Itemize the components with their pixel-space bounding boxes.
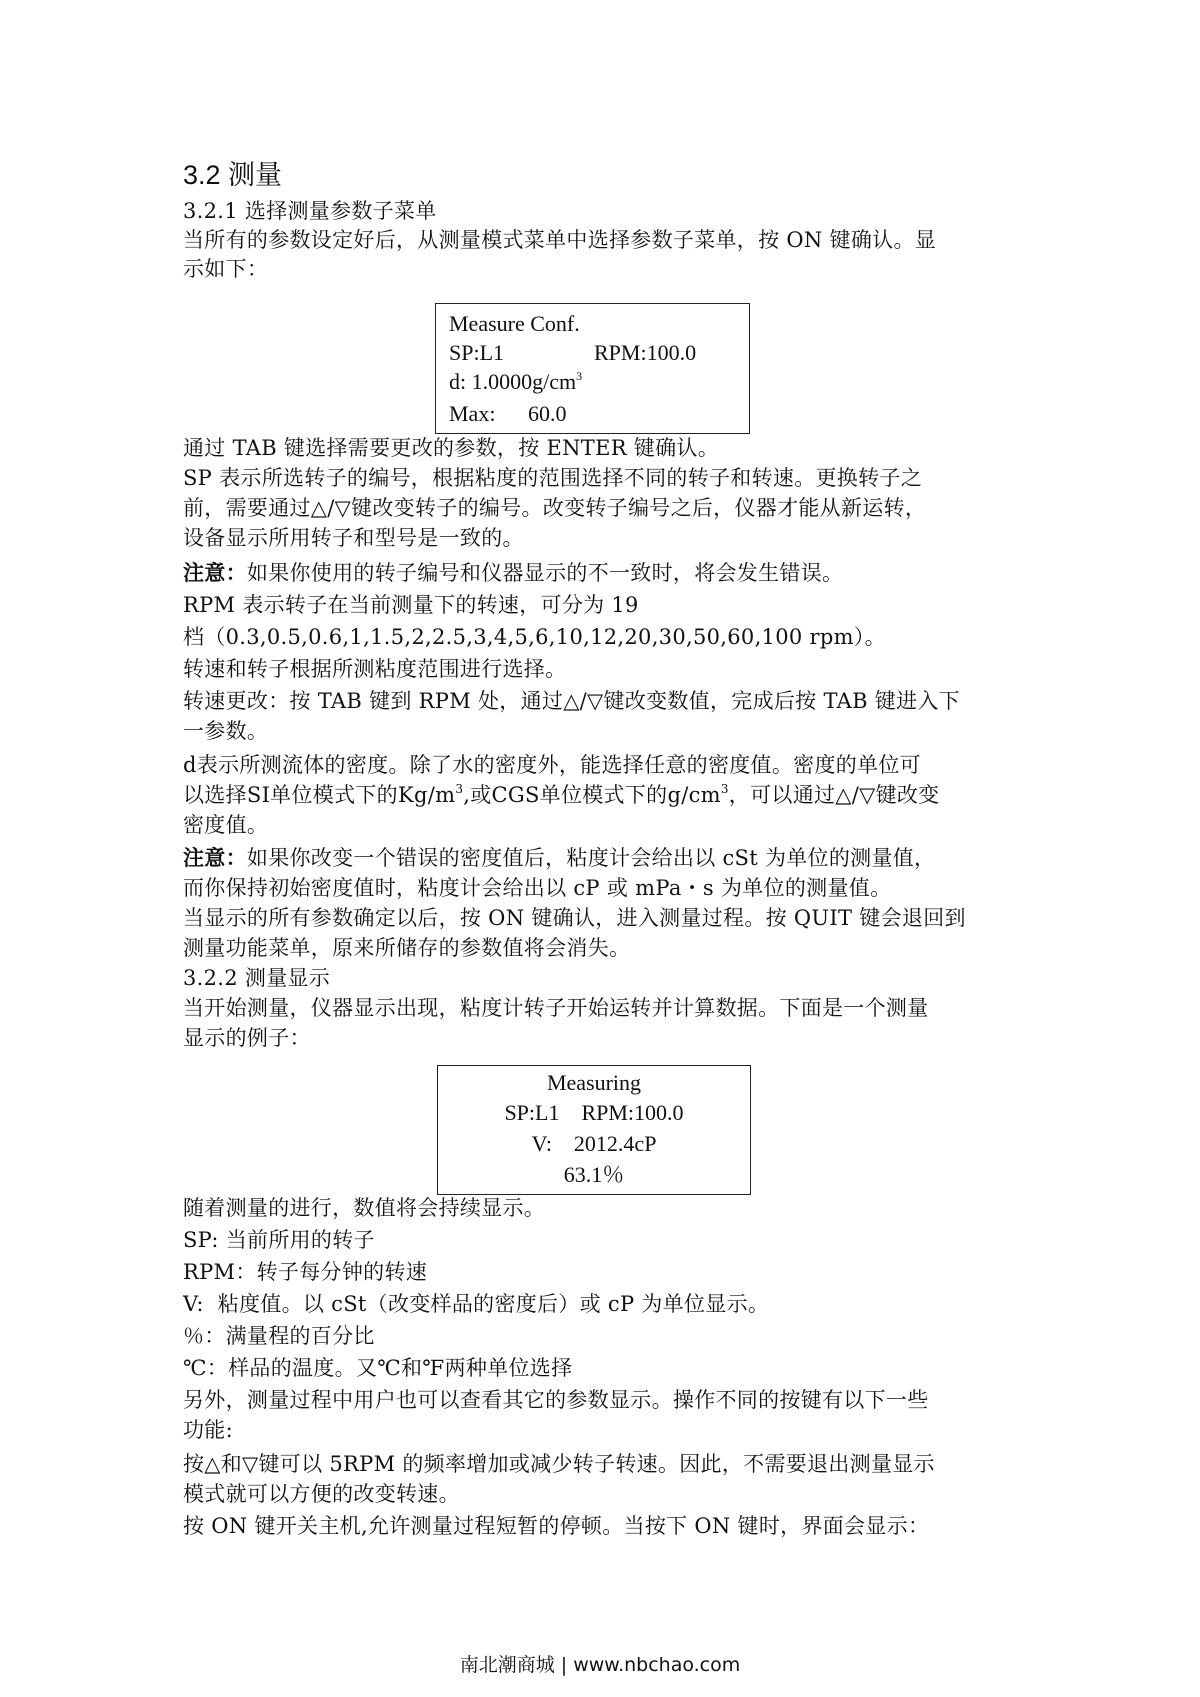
paragraph-line: 另外，测量过程中用户也可以查看其它的参数显示。操作不同的按键有以下一些: [183, 1385, 929, 1415]
paragraph-line: 测量功能菜单，原来所储存的参数值将会消失。: [183, 933, 630, 963]
paragraph-line: RPM 表示转子在当前测量下的转速，可分为 19: [183, 590, 639, 620]
lcd-viscosity: V: 2012.4cP: [438, 1129, 750, 1159]
paragraph-line: 当所有的参数设定好后，从测量模式菜单中选择参数子菜单，按 ON 键确认。显: [183, 225, 936, 255]
lcd-max-value: 60.0: [528, 399, 567, 429]
lcd-display-measure-conf: Measure Conf. SP:L1 RPM:100.0 d: 1.0000g…: [435, 303, 750, 434]
note-line: 注意：如果你使用的转子编号和仪器显示的不一致时，将会发生错误。: [183, 558, 843, 588]
lcd-display-measuring: Measuring SP:L1 RPM:100.0 V: 2012.4cP 63…: [437, 1065, 751, 1195]
note-label: 注意：: [183, 560, 247, 585]
paragraph-line: 显示的例子：: [183, 1023, 311, 1053]
paragraph-line: SP 表示所选转子的编号，根据粘度的范围选择不同的转子和转速。更换转子之: [183, 463, 922, 493]
definition-temperature: ℃：样品的温度。又℃和℉两种单位选择: [183, 1353, 572, 1383]
paragraph-line: 前，需要通过△/▽键改变转子的编号。改变转子编号之后，仪器才能从新运转，: [183, 493, 926, 523]
paragraph-line: 按△和▽键可以 5RPM 的频率增加或减少转子转速。因此，不需要退出测量显示: [183, 1449, 935, 1479]
definition-percent: ％：满量程的百分比: [183, 1321, 375, 1351]
paragraph-line: 通过 TAB 键选择需要更改的参数，按 ENTER 键确认。: [183, 433, 719, 463]
lcd-sp: SP:L1: [449, 338, 504, 368]
lcd-density: d: 1.0000g/cm3: [449, 367, 582, 397]
lcd-sp-rpm: SP:L1 RPM:100.0: [438, 1098, 750, 1128]
lcd-max-label: Max:: [449, 399, 495, 429]
lcd-title: Measuring: [438, 1068, 750, 1098]
section-title: 3.2 测量: [183, 158, 282, 192]
paragraph-line: 当显示的所有参数确定以后，按 ON 键确认，进入测量过程。按 QUIT 键会退回…: [183, 903, 966, 933]
density-units-line: 以选择SI单位模式下的Kg/m3,或CGS单位模式下的g/cm3，可以通过△/▽…: [183, 780, 939, 810]
paragraph-line: 转速和转子根据所测粘度范围进行选择。: [183, 654, 566, 684]
lcd-title: Measure Conf.: [449, 309, 580, 339]
paragraph-line: 模式就可以方便的改变转速。: [183, 1479, 460, 1509]
note-text: 如果你改变一个错误的密度值后，粘度计会给出以 cSt 为单位的测量值，: [247, 846, 935, 870]
definition-sp: SP: 当前所用的转子: [183, 1225, 375, 1255]
paragraph-line: 而你保持初始密度值时，粘度计会给出以 cP 或 mPa・s 为单位的测量值。: [183, 873, 891, 903]
paragraph-line: 随着测量的进行，数值将会持续显示。: [183, 1193, 545, 1223]
paragraph-line: 密度值。: [183, 810, 268, 840]
paragraph-line: 设备显示所用转子和型号是一致的。: [183, 523, 524, 553]
note-label: 注意：: [183, 845, 247, 870]
superscript: 3: [721, 782, 729, 796]
paragraph-line: 当开始测量，仪器显示出现，粘度计转子开始运转并计算数据。下面是一个测量: [183, 993, 929, 1023]
rpm-list-line: 档（0.3,0.5,0.6,1,1.5,2,2.5,3,4,5,6,10,12,…: [183, 622, 886, 652]
text: ,或CGS单位模式下的g/cm: [463, 783, 721, 807]
note-line: 注意：如果你改变一个错误的密度值后，粘度计会给出以 cSt 为单位的测量值，: [183, 843, 935, 873]
paragraph-line: d表示所测流体的密度。除了水的密度外，能选择任意的密度值。密度的单位可: [183, 750, 921, 780]
document-page: 3.2 测量 3.2.1 选择测量参数子菜单 当所有的参数设定好后，从测量模式菜…: [0, 0, 1200, 1697]
subsection-heading-3-2-2: 3.2.2 测量显示: [183, 963, 330, 993]
footer-watermark: 南北潮商城 | www.nbchao.com: [0, 1650, 1200, 1677]
paragraph-line: 一参数。: [183, 716, 268, 746]
paragraph-line: 示如下：: [183, 254, 268, 284]
paragraph-line: 功能:: [183, 1415, 233, 1445]
paragraph-line: 按 ON 键开关主机,允许测量过程短暂的停顿。当按下 ON 键时，界面会显示：: [183, 1511, 929, 1541]
text: ，可以通过△/▽键改变: [729, 783, 940, 807]
definition-rpm: RPM：转子每分钟的转速: [183, 1257, 427, 1287]
lcd-rpm: RPM:100.0: [594, 338, 696, 368]
note-text: 如果你使用的转子编号和仪器显示的不一致时，将会发生错误。: [247, 561, 843, 585]
definition-v: V: 粘度值。以 cSt（改变样品的密度后）或 cP 为单位显示。: [183, 1289, 769, 1319]
paragraph-line: 转速更改：按 TAB 键到 RPM 处，通过△/▽键改变数值，完成后按 TAB …: [183, 686, 960, 716]
superscript: 3: [576, 369, 582, 383]
subsection-heading-3-2-1: 3.2.1 选择测量参数子菜单: [183, 196, 437, 226]
text: 以选择SI单位模式下的Kg/m: [183, 783, 455, 807]
lcd-density-value: d: 1.0000g/cm: [449, 369, 576, 394]
lcd-percent: 63.1％: [438, 1160, 750, 1190]
